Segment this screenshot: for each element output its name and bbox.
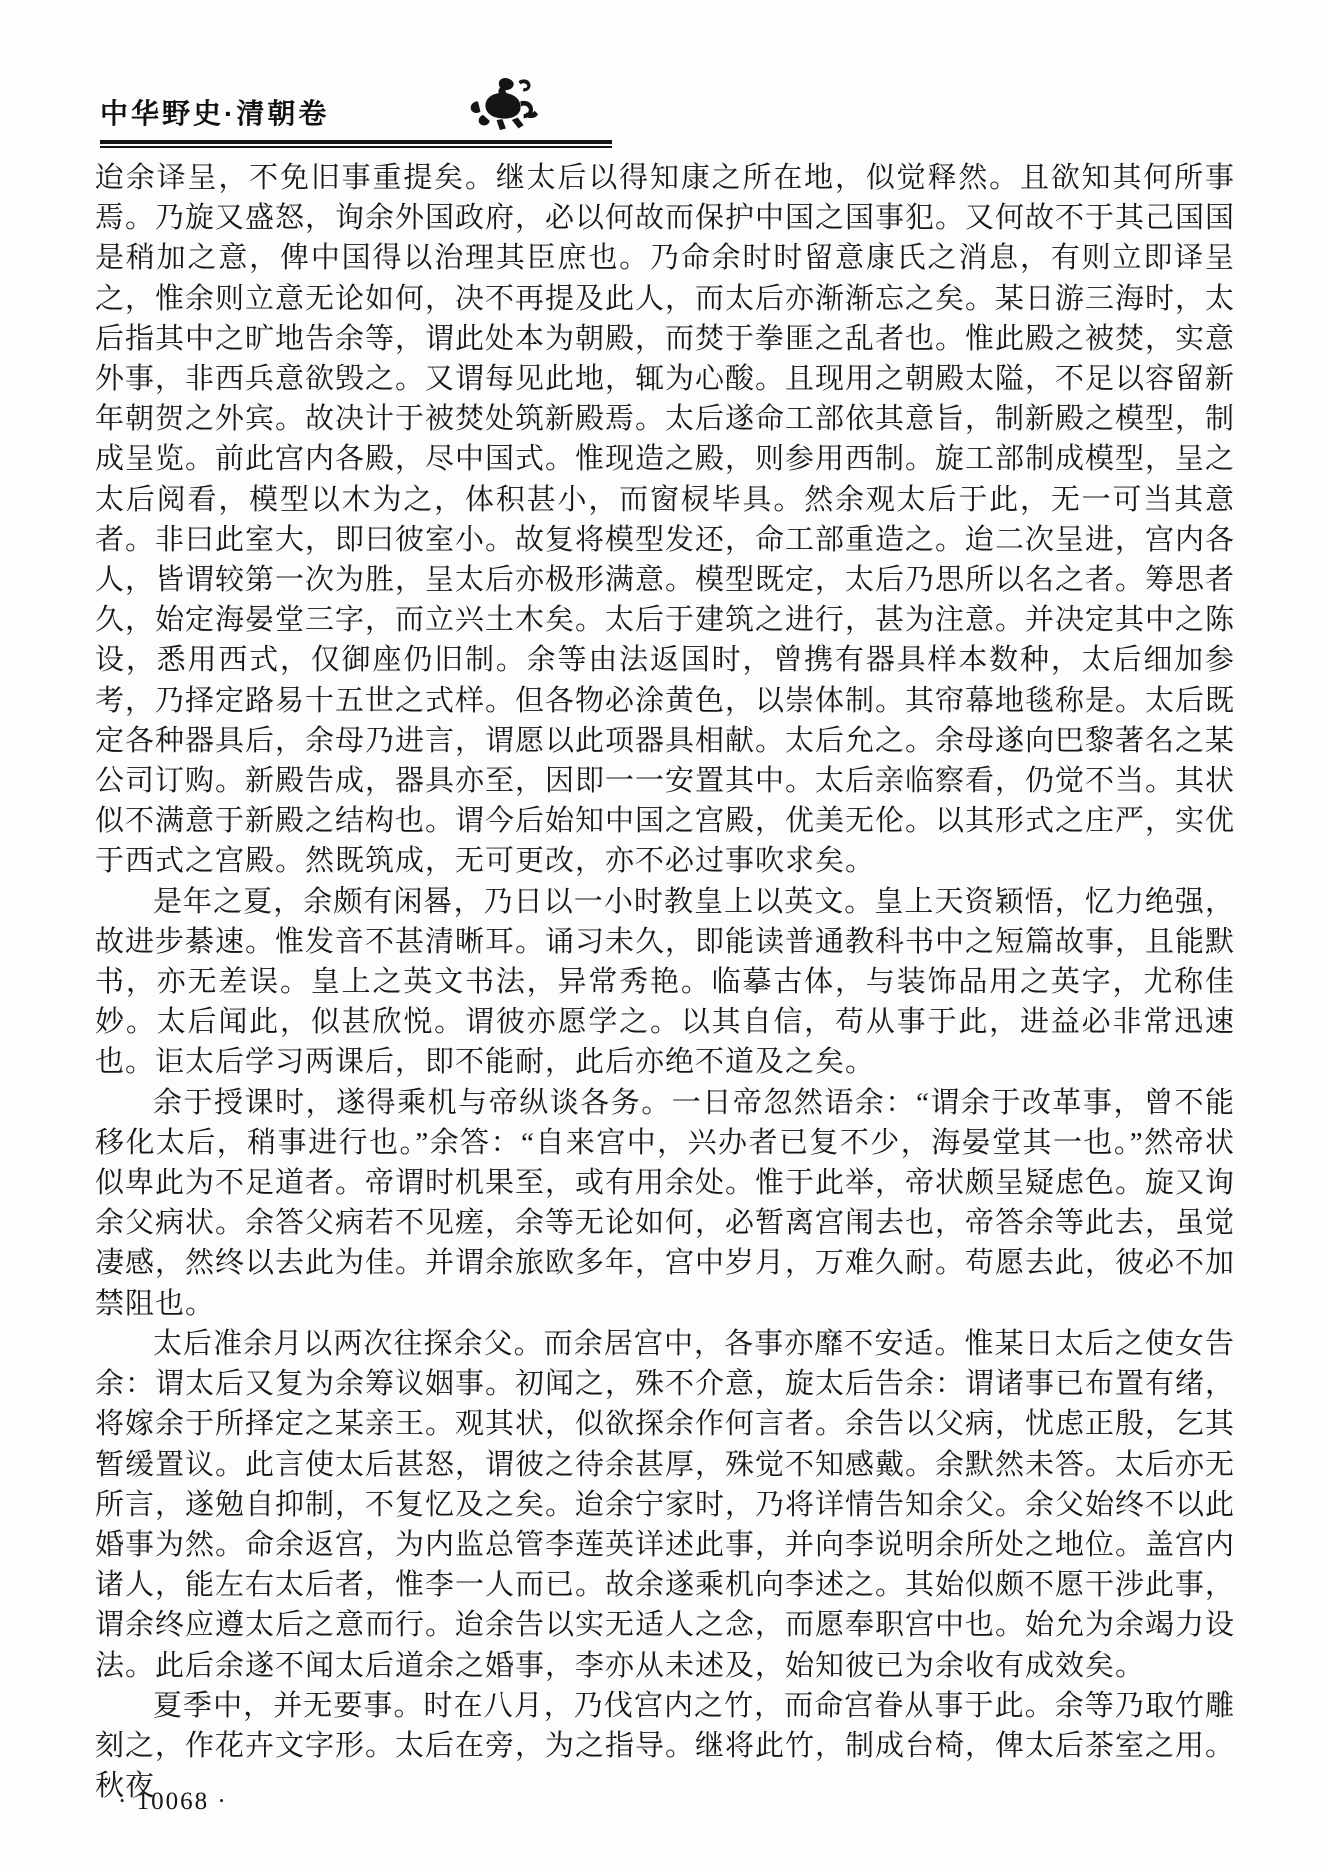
- header-rule: [100, 140, 612, 149]
- page-header: 中华野史·清朝卷: [100, 88, 1235, 148]
- paragraph: 迨余译呈，不免旧事重提矣。继太后以得知康之所在地，似觉释然。且欲知其何所事焉。乃…: [95, 158, 1235, 882]
- page-number: · 10068 ·: [118, 1788, 228, 1816]
- book-page: 中华野史·清朝卷: [0, 0, 1322, 1870]
- page-body: 迨余译呈，不免旧事重提矣。继太后以得知康之所在地，似觉释然。且欲知其何所事焉。乃…: [95, 158, 1235, 1806]
- dragon-seal-icon: [462, 76, 548, 142]
- paragraph: 是年之夏，余颇有闲晷，乃日以一小时教皇上以英文。皇上天资颖悟，忆力绝强，故进步綦…: [95, 882, 1235, 1083]
- paragraph: 太后准余月以两次往探余父。而余居宫中，各事亦靡不安适。惟某日太后之使女告余：谓太…: [95, 1324, 1235, 1686]
- paragraph: 余于授课时，遂得乘机与帝纵谈各务。一日帝忽然语余：“谓余于改革事，曾不能移化太后…: [95, 1083, 1235, 1324]
- series-title: 中华野史·清朝卷: [100, 92, 329, 132]
- paragraph: 夏季中，并无要事。时在八月，乃伐宫内之竹，而命宫眷从事于此。余等乃取竹雕刻之，作…: [95, 1686, 1235, 1807]
